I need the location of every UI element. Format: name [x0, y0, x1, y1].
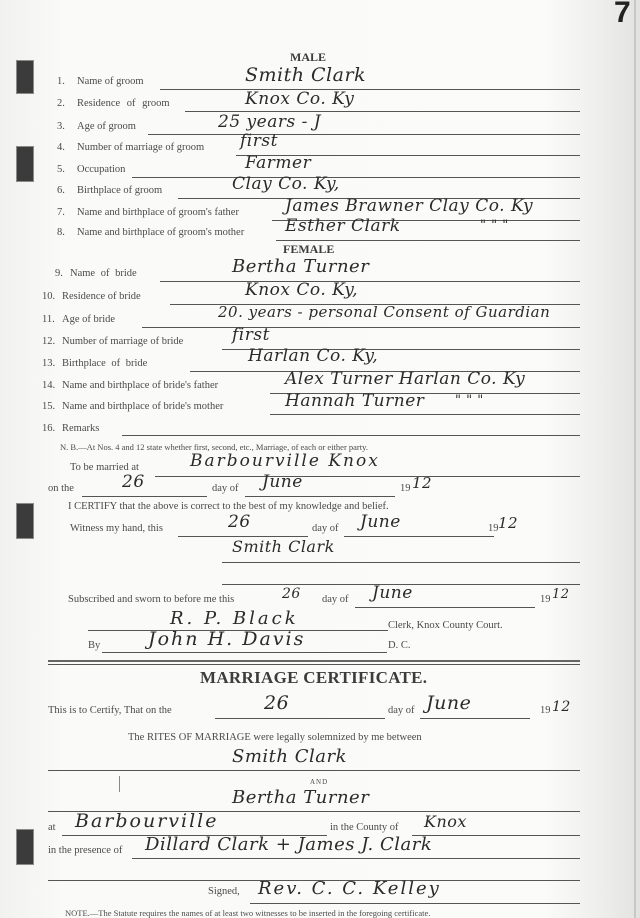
groom-birthplace-value: Clay Co. Ky, — [232, 174, 340, 194]
field-label: Birthplace of bride — [62, 358, 147, 369]
witness-day-value: 26 — [228, 512, 251, 532]
binder-hole — [16, 60, 34, 94]
certificate-place-value: Barbourville — [75, 810, 219, 832]
female-heading: FEMALE — [283, 242, 334, 257]
field-number: 11. — [42, 314, 55, 325]
field-number: 10. — [42, 291, 55, 302]
groom-mother-value: Esther Clark — [285, 216, 401, 236]
married-at-value: Barbourville Knox — [190, 451, 380, 471]
deputy-title: D. C. — [388, 640, 410, 651]
bride-father-value: Alex Turner Harlan Co. Ky — [285, 369, 525, 389]
witness-label: Witness my hand, this — [70, 523, 163, 534]
field-label: Occupation — [77, 164, 125, 175]
fill-line — [344, 536, 494, 537]
sworn-year-value: 12 — [552, 587, 570, 602]
ditto-marks: " " " — [455, 393, 484, 408]
field-number: 7. — [57, 207, 65, 218]
presence-label: in the presence of — [48, 845, 122, 856]
sworn-month-value: June — [372, 583, 413, 603]
field-number: 14. — [42, 380, 55, 391]
bride-name-value: Bertha Turner — [232, 256, 369, 277]
male-heading: MALE — [290, 50, 326, 65]
certificate-heading: MARRIAGE CERTIFICATE. — [200, 668, 427, 688]
certificate-county-value: Knox — [424, 812, 467, 831]
fill-line — [155, 476, 580, 477]
on-the-label: on the — [48, 483, 74, 494]
by-label: By — [88, 640, 100, 651]
field-number: 4. — [57, 142, 65, 153]
page-edge — [634, 0, 636, 918]
signature-line — [222, 562, 580, 563]
rites-statement: The RITES OF MARRIAGE were legally solem… — [128, 732, 422, 743]
license-month-value: June — [262, 472, 303, 492]
field-number: 5. — [57, 164, 65, 175]
fill-line — [132, 177, 580, 178]
bride-birthplace-value: Harlan Co. Ky, — [248, 346, 378, 366]
fill-line — [160, 281, 580, 282]
fill-line — [412, 835, 580, 836]
certificate-groom-name: Smith Clark — [232, 746, 347, 767]
certify-label: This is to Certify, That on the — [48, 705, 172, 716]
field-label: Name and birthplace of bride's father — [62, 380, 218, 391]
groom-residence-value: Knox Co. Ky — [245, 89, 354, 109]
fill-line — [160, 89, 580, 90]
groom-marriage-number-value: first — [240, 131, 278, 151]
field-label: Number of marriage of bride — [62, 336, 183, 347]
field-number: 16. — [42, 423, 55, 434]
fill-line — [82, 496, 207, 497]
field-label: Age of bride — [62, 314, 115, 325]
county-label: in the County of — [330, 822, 399, 833]
signature-line — [250, 903, 580, 904]
groom-father-value: James Brawner Clay Co. Ky — [285, 196, 533, 216]
bride-marriage-number-value: first — [232, 325, 270, 345]
field-number: 9. — [55, 268, 63, 279]
witness-year-value: 12 — [498, 514, 518, 532]
day-of-label: day of — [212, 483, 239, 494]
field-label: Name of bride — [70, 268, 137, 279]
sworn-label: Subscribed and sworn to before me this — [68, 594, 234, 605]
license-day-value: 26 — [122, 472, 145, 492]
witness-month-value: June — [360, 512, 401, 532]
bride-mother-value: Hannah Turner — [285, 391, 424, 411]
witness-day-of-label: day of — [312, 523, 339, 534]
groom-occupation-value: Farmer — [245, 153, 311, 173]
field-number: 3. — [57, 121, 65, 132]
fill-line — [142, 327, 580, 328]
field-label: Name and birthplace of bride's mother — [62, 401, 223, 412]
year-prefix: 19 — [488, 523, 499, 534]
fill-line — [420, 718, 530, 719]
sworn-day-value: 26 — [282, 586, 301, 602]
license-year-value: 12 — [412, 474, 432, 492]
signature-line — [102, 652, 387, 653]
field-label: Number of marriage of groom — [77, 142, 204, 153]
certificate-day-value: 26 — [264, 692, 289, 714]
fill-line — [245, 496, 395, 497]
binder-hole — [16, 829, 34, 865]
certificate-day-of-label: day of — [388, 705, 415, 716]
field-number: 2. — [57, 98, 65, 109]
certificate-witnesses-value: Dillard Clark + James J. Clark — [145, 834, 432, 855]
fill-line — [270, 414, 580, 415]
field-number: 1. — [57, 76, 65, 87]
clerk-title: Clerk, Knox County Court. — [388, 620, 503, 631]
field-label: Residence of bride — [62, 291, 141, 302]
field-number: 13. — [42, 358, 55, 369]
certificate-month-value: June — [426, 692, 471, 714]
signed-label: Signed, — [208, 886, 240, 897]
groom-age-value: 25 years - J — [218, 112, 321, 132]
field-label: Residence of groom — [77, 98, 170, 109]
fill-line — [276, 240, 580, 241]
field-label: Name of groom — [77, 76, 143, 87]
bride-residence-value: Knox Co. Ky, — [245, 280, 358, 300]
field-label: Age of groom — [77, 121, 136, 132]
field-label: Name and birthplace of groom's father — [77, 207, 239, 218]
deputy-signature: John H. Davis — [148, 628, 305, 650]
ditto-marks: " " " — [480, 218, 509, 233]
officiant-signature: Rev. C. C. Kelley — [258, 878, 441, 899]
section-divider — [48, 660, 580, 662]
fill-line — [48, 770, 580, 771]
field-number: 15. — [42, 401, 55, 412]
sworn-day-of-label: day of — [322, 594, 349, 605]
document-page: 7 MALE 1. Name of groom Smith Clark 2. R… — [0, 0, 640, 918]
bride-age-value: 20. years - personal Consent of Guardian — [218, 303, 550, 321]
certificate-bride-name: Bertha Turner — [232, 787, 369, 808]
field-number: 12. — [42, 336, 55, 347]
at-label: at — [48, 822, 56, 833]
field-label: Remarks — [62, 423, 99, 434]
fill-line — [215, 718, 385, 719]
certificate-year-value: 12 — [552, 699, 571, 715]
page-number: 7 — [614, 0, 631, 30]
stray-mark — [119, 776, 120, 792]
binder-hole — [16, 503, 34, 539]
section-divider — [48, 664, 580, 665]
and-label: AND — [310, 778, 328, 786]
year-prefix: 19 — [540, 705, 551, 716]
clerk-signature: R. P. Black — [170, 608, 299, 629]
statute-note: NOTE.—The Statute requires the names of … — [65, 908, 430, 918]
binder-hole — [16, 146, 34, 182]
year-prefix: 19 — [400, 483, 411, 494]
applicant-signature: Smith Clark — [232, 537, 335, 556]
fill-line — [148, 134, 580, 135]
fill-line — [132, 858, 580, 859]
field-number: 6. — [57, 185, 65, 196]
groom-name-value: Smith Clark — [245, 64, 366, 86]
fill-line — [122, 435, 580, 436]
year-prefix: 19 — [540, 594, 551, 605]
field-label: Birthplace of groom — [77, 185, 162, 196]
fill-line — [355, 607, 535, 608]
certify-statement: I CERTIFY that the above is correct to t… — [68, 501, 389, 512]
field-label: Name and birthplace of groom's mother — [77, 227, 244, 238]
field-number: 8. — [57, 227, 65, 238]
